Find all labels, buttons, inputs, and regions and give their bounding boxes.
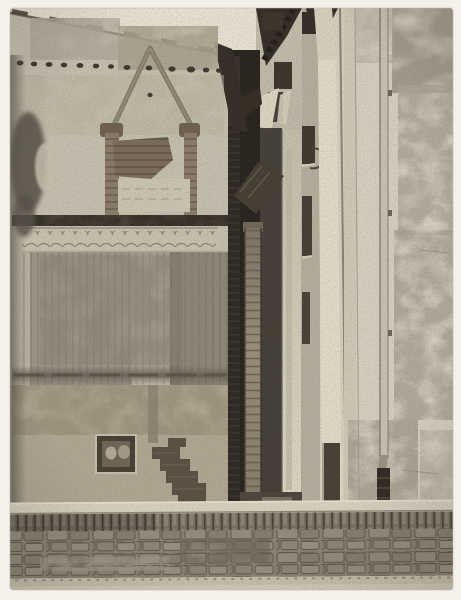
photo-print (0, 0, 461, 600)
alley-photograph (0, 0, 461, 600)
vignette (10, 8, 453, 590)
